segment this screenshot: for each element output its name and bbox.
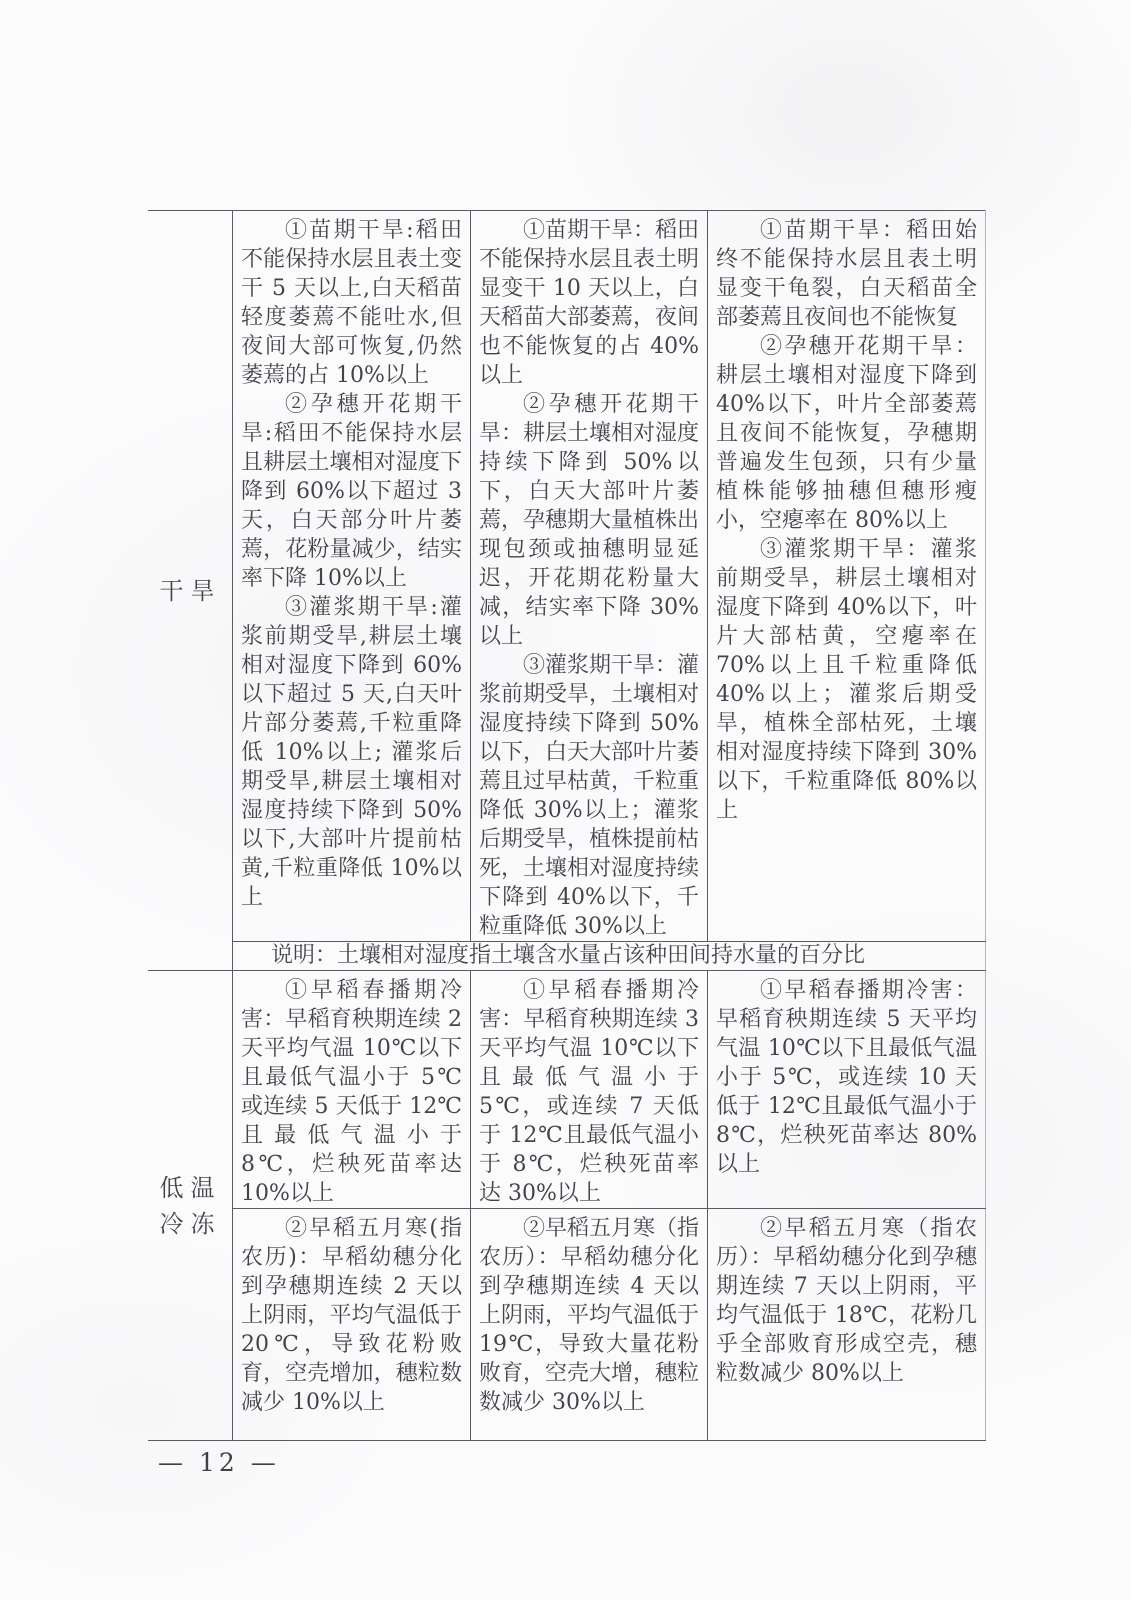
disaster-criteria-table: 干旱 ①苗期干旱:稻田不能保持水层且表土变干 5 天以上,白天稻苗轻度萎蔫不能吐… <box>148 210 986 1441</box>
drought-cell-2-paragraph-3: ③灌浆期干旱：灌浆前期受旱，土壤相对湿度持续下降到 50%以下，白天大部叶片萎蔫… <box>479 651 699 941</box>
cold-label-line-1: 低温 <box>160 1174 222 1202</box>
cold-row2-cell-3: ②早稻五月寒（指农历）：早稻幼穗分化到孕穗期连续 7 天以上阴雨，平均气温低于 … <box>708 1209 986 1441</box>
cold-row1-cell-2-paragraph: ①早稻春播期冷害：早稻育秧期连续 3 天平均气温 10℃以下且最低气温小于 5℃… <box>479 976 699 1208</box>
cold-row1-cell-2: ①早稻春播期冷害：早稻育秧期连续 3 天平均气温 10℃以下且最低气温小于 5℃… <box>471 971 708 1209</box>
cold-row1-cell-1-paragraph: ①早稻春播期冷害：早稻育秧期连续 2 天平均气温 10℃以下且最低气温小于 5℃… <box>241 976 462 1208</box>
drought-cell-3-paragraph-1: ①苗期干旱：稻田始终不能保持水层且表土明显变干龟裂，白天稻苗全部萎蔫且夜间也不能… <box>716 216 977 332</box>
row-label-cold-damage: 低温 冷冻 <box>149 971 233 1441</box>
cold-row1-cell-3: ①早稻春播期冷害：早稻育秧期连续 5 天平均气温 10℃以下且最低气温小于 5℃… <box>708 971 986 1209</box>
drought-cell-2: ①苗期干旱：稻田不能保持水层且表土明显变干 10 天以上，白天稻苗大部萎蔫，夜间… <box>471 211 708 942</box>
cold-row1-cell-3-paragraph: ①早稻春播期冷害：早稻育秧期连续 5 天平均气温 10℃以下且最低气温小于 5℃… <box>716 976 977 1179</box>
cold-row2-cell-2-paragraph: ②早稻五月寒（指农历）：早稻幼穗分化到孕穗期连续 4 天以上阴雨，平均气温低于 … <box>479 1214 699 1417</box>
drought-note-cell: 说明：土壤相对湿度指土壤含水量占该种田间持水量的百分比 <box>233 942 986 971</box>
cold-damage-row-2: ②早稻五月寒(指农历)：早稻幼穗分化到孕穗期连续 2 天以上阴雨，平均气温低于 … <box>149 1209 986 1441</box>
drought-cell-1-paragraph-3: ③灌浆期干旱:灌浆前期受旱,耕层土壤相对湿度下降到 60%以下超过 5 天,白天… <box>241 593 462 912</box>
drought-cell-3: ①苗期干旱：稻田始终不能保持水层且表土明显变干龟裂，白天稻苗全部萎蔫且夜间也不能… <box>708 211 986 942</box>
drought-cell-3-paragraph-2: ②孕穗开花期干旱：耕层土壤相对湿度下降到 40%以下，叶片全部萎蔫且夜间不能恢复… <box>716 332 977 535</box>
scanned-document-page: 干旱 ①苗期干旱:稻田不能保持水层且表土变干 5 天以上,白天稻苗轻度萎蔫不能吐… <box>0 0 1131 1600</box>
cold-row2-cell-2: ②早稻五月寒（指农历）：早稻幼穗分化到孕穗期连续 4 天以上阴雨，平均气温低于 … <box>471 1209 708 1441</box>
drought-cell-2-paragraph-2: ②孕穗开花期干旱：耕层土壤相对湿度持续下降到 50%以下，白天大部叶片萎蔫，孕穗… <box>479 390 699 651</box>
row-label-drought: 干旱 <box>149 211 233 971</box>
drought-cell-3-paragraph-3: ③灌浆期干旱：灌浆前期受旱，耕层土壤相对湿度下降到 40%以下，叶片大部枯黄，空… <box>716 535 977 825</box>
drought-cell-1-paragraph-1: ①苗期干旱:稻田不能保持水层且表土变干 5 天以上,白天稻苗轻度萎蔫不能吐水,但… <box>241 216 462 390</box>
cold-row2-cell-1: ②早稻五月寒(指农历)：早稻幼穗分化到孕穗期连续 2 天以上阴雨，平均气温低于 … <box>233 1209 471 1441</box>
cold-row1-cell-1: ①早稻春播期冷害：早稻育秧期连续 2 天平均气温 10℃以下且最低气温小于 5℃… <box>233 971 471 1209</box>
cold-row2-cell-3-paragraph: ②早稻五月寒（指农历）：早稻幼穗分化到孕穗期连续 7 天以上阴雨，平均气温低于 … <box>716 1214 977 1388</box>
drought-cell-1: ①苗期干旱:稻田不能保持水层且表土变干 5 天以上,白天稻苗轻度萎蔫不能吐水,但… <box>233 211 471 942</box>
cold-label-line-2: 冷冻 <box>160 1210 222 1238</box>
drought-cell-1-paragraph-2: ②孕穗开花期干旱:稻田不能保持水层且耕层土壤相对湿度下降到 60%以下超过 3 … <box>241 390 462 593</box>
drought-row: 干旱 ①苗期干旱:稻田不能保持水层且表土变干 5 天以上,白天稻苗轻度萎蔫不能吐… <box>149 211 986 942</box>
cold-damage-row-1: 低温 冷冻 ①早稻春播期冷害：早稻育秧期连续 2 天平均气温 10℃以下且最低气… <box>149 971 986 1209</box>
drought-note-row: 说明：土壤相对湿度指土壤含水量占该种田间持水量的百分比 <box>149 942 986 971</box>
cold-row2-cell-1-paragraph: ②早稻五月寒(指农历)：早稻幼穗分化到孕穗期连续 2 天以上阴雨，平均气温低于 … <box>241 1214 462 1417</box>
page-number: — 12 — <box>158 1448 280 1477</box>
drought-cell-2-paragraph-1: ①苗期干旱：稻田不能保持水层且表土明显变干 10 天以上，白天稻苗大部萎蔫，夜间… <box>479 216 699 390</box>
